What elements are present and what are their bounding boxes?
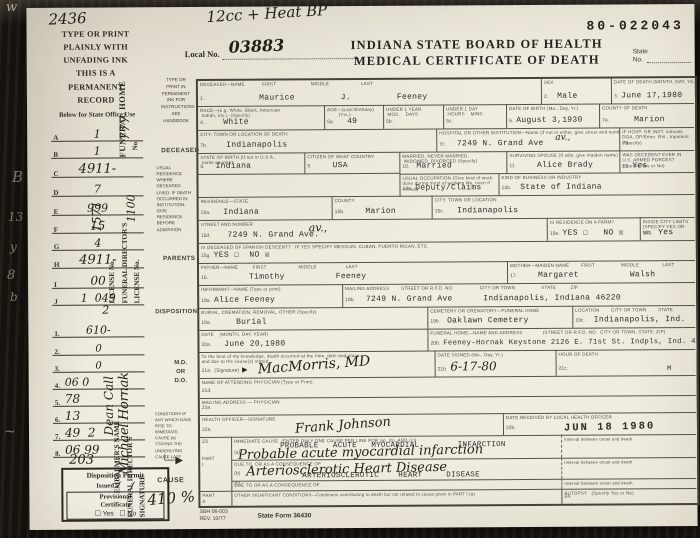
gutter-residence: USUAL RESIDENCE WHERE DECEASED LIVED. IF… — [156, 165, 193, 233]
form-revision: REV. 10/77 — [200, 516, 226, 522]
license-no-label: LICENSE No. — [108, 260, 116, 304]
signature-arrow: ▶ — [242, 367, 247, 374]
field-residence-city: CITY, TOWN OR LOCATION15c.Indianapolis — [432, 194, 695, 219]
field-inside-city-limits: INSIDE CITY LIMITS (SPECIFY YES OR NO)15… — [640, 217, 695, 240]
row-label: 8. — [55, 450, 60, 458]
field-county-of-death: COUNTY OF DEATH7a.Marion — [599, 103, 694, 128]
state-no-line — [647, 62, 691, 63]
field-industry: KIND OF BUSINESS OR INDUSTRY14b.State of… — [498, 172, 694, 195]
certificate-title: INDIANA STATE BOARD OF HEALTH MEDICAL CE… — [327, 36, 627, 69]
hospital-ave-handwritten: av., — [555, 133, 570, 143]
office-row-I: I00 — [52, 272, 144, 289]
row-value: 4911- — [52, 252, 144, 268]
notice-line: TYPE OR PRINT — [57, 27, 135, 41]
state-no-label: StateNo. — [633, 48, 648, 64]
field-autopsy: AUTOPSY (Specify Yes or No)24. — [561, 488, 696, 504]
corner-scribble: w — [6, 0, 17, 15]
fd-license-no-label: LICENSE No. — [133, 259, 141, 303]
state-form-number: State Form 36430 — [257, 512, 311, 519]
field-funeral-home: FUNERAL HOME—NAME AND ADDRESS (STREET OR… — [427, 327, 695, 351]
field-hospital: HOSPITAL OR OTHER INSTITUTION—Name (if n… — [436, 127, 619, 151]
row-label: 4. — [55, 382, 60, 390]
margin-scribble: y — [10, 240, 17, 254]
row-value: 0 — [52, 343, 144, 355]
form-number: SBH 06-003 — [199, 509, 227, 515]
field-date-of-death: DATE OF DEATH (MONTH, DAY, YEAR)3.June 1… — [611, 78, 694, 104]
row-J-secondary: 2 — [102, 304, 109, 317]
margin-scribble: 8 — [7, 268, 15, 283]
margin-scribble: B — [12, 168, 23, 186]
office-row-J: J1 049 — [52, 289, 144, 306]
fd-license-no-handwritten: 1100 — [125, 194, 138, 222]
field-under-1-year: UNDER 1 YEAR MOS. DAYS5b. — [383, 105, 443, 129]
top-handwritten-note: 12cc + Heat BP — [206, 1, 328, 26]
field-street-number: STREET AND NUMBERav.,15d.7249 N. Grand A… — [199, 218, 547, 243]
field-under-1-day: UNDER 1 DAY HOURS MINS.5c. — [443, 104, 506, 128]
field-sex: SEX2.Male — [541, 78, 611, 103]
cause-line-b: DUE TO, OR AS A CONSEQUENCE OFArterioscl… — [231, 458, 561, 481]
certificate-form: DECEASED—NAME FIRST MIDDLE LAST1.Maurice… — [196, 76, 700, 508]
fd-signature-handwritten: Michael Hornak — [117, 372, 133, 474]
notice-line: THIS IS A — [57, 67, 135, 81]
local-no-label: Local No. — [185, 49, 220, 59]
field-other-significant-conditions: OTHER SIGNIFICANT CONDITIONS—Conditions … — [231, 489, 561, 506]
funeral-home-no-label: No. — [131, 140, 139, 150]
row-value: 4911- — [51, 161, 143, 177]
office-row-H: H4911- — [52, 252, 144, 269]
row-value: 610- — [52, 323, 144, 337]
certificate-sheet: 2436 TYPE OR PRINT PLAINLY WITH UNFADING… — [26, 4, 697, 530]
row-label: 6. — [55, 416, 60, 424]
row-value: 00 — [52, 273, 144, 288]
gutter-cause: CAUSE — [157, 477, 184, 484]
gutter-md-do: M.D. OR D.O. — [170, 359, 192, 386]
field-city-of-death: CITY, TOWN OR LOCATION OF DEATH7b.Indian… — [198, 129, 436, 153]
gutter-disposition: DISPOSITION — [155, 309, 197, 315]
field-occupation: USUAL OCCUPATION (Give kind of work done… — [399, 173, 498, 196]
margin-scribble: 13 — [8, 210, 23, 224]
field-surviving-spouse: SURVIVING SPOUSE (If wife, give maiden n… — [506, 150, 619, 173]
office-row-1: 1.610- — [52, 321, 144, 338]
row-value: 1 049 — [52, 291, 144, 305]
funeral-directors-label: FUNERAL DIRECTOR'S — [121, 223, 129, 304]
cause-b-interval: Interval between onset and death — [561, 457, 696, 479]
cause-a-handwritten: Probable acute myocardial infarction — [238, 442, 483, 460]
notice-line: UNFADING INK — [57, 54, 135, 68]
certificate-number-stamp: 80-022043 — [586, 18, 683, 34]
field-race: RACE—(e.g. White, Black, American Indian… — [198, 105, 324, 130]
gutter-parents: PARENTS — [163, 255, 195, 262]
notice-line: PLAINLY WITH — [57, 41, 135, 55]
office-row-B: B1 — [51, 142, 143, 159]
field-informant: INFORMANT—NAME (Type or print)18a.Alice … — [199, 284, 342, 308]
row5-open-area — [198, 174, 399, 197]
yes-checkbox: ☐ Yes — [95, 511, 114, 518]
field-residence-state: RESIDENCE—STATE15a.Indiana — [199, 196, 332, 220]
field-marital-status: MARRIED, NEVER MARRIED, WIDOWED, DIVORCE… — [399, 151, 506, 174]
health-officer-signature-handwritten: Frank Johnson — [295, 414, 392, 436]
field-date-received: DATE RECEIVED BY LOCAL HEALTH OFFICER22b… — [503, 412, 696, 435]
field-residence-farm: IS RESIDENCE ON A FARM?15e.YES ☐ NO ☒ — [547, 217, 640, 241]
field-hospital-type: IF HOSP. OR INST. indicate DOA, OP/Emer.… — [619, 127, 694, 150]
field-age: AGE—(Last Birthday) (Yrs.)5a.49 — [324, 105, 383, 129]
form-number-block: SBH 06-003REV. 10/77 — [199, 509, 227, 523]
row-label: 5. — [55, 399, 60, 407]
field-father-name: FATHER—NAME FIRST MIDDLE LAST16.Timothy … — [199, 261, 507, 285]
office-row-3: 3.0 — [53, 356, 145, 373]
office-total: 203 — [69, 453, 94, 468]
field-mother-name: MOTHER—MAIDEN NAME FIRST MIDDLE LAST17.M… — [507, 260, 695, 283]
field-hour-of-death: HOUR OF DEATH21c.M — [556, 349, 696, 376]
funeral-home-no-handwritten: 777 — [118, 116, 133, 141]
case-number-handwritten: 2436 — [48, 9, 87, 29]
cause-number-column: 23PART I — [200, 437, 231, 491]
field-disposition-date: DATE (MONTH, DAY, YEAR)20a.June 20,1980 — [199, 329, 427, 352]
field-health-officer-signature: HEALTH OFFICER—SIGNATUREFrank Johnson22a… — [200, 413, 503, 437]
field-residence-county: COUNTY15b.Marion — [332, 196, 432, 220]
field-cemetery-location: LOCATION CITY OR TOWN STATE19c.Indianapo… — [572, 305, 695, 328]
license-no-handwritten: 1571 — [90, 201, 104, 232]
office-row-G: G4 — [52, 234, 144, 251]
fd-signature-label-2: SIGNATURE — [138, 475, 146, 517]
field-deceased-name: DECEASED—NAME FIRST MIDDLE LAST1.Maurice… — [198, 79, 541, 106]
field-date-of-birth: DATE OF BIRTH (Mo., Day, Yr.)6.August 3,… — [506, 104, 599, 129]
cause-line-a: IMMEDIATE CAUSE (ENTER ONLY ONE CAUSE PE… — [231, 435, 561, 460]
gutter-instructions: TYPE OR PRINT IN PERMANENT INK FOR INSTR… — [161, 77, 191, 124]
row-value: 4 — [52, 236, 144, 250]
embalmer-name-handwritten: Dean Call — [102, 376, 116, 436]
title-line-1: INDIANA STATE BOARD OF HEALTH — [327, 36, 627, 53]
office-row-2: 2.0 — [52, 339, 144, 356]
margin-scribble: b — [10, 290, 18, 304]
row-value: 1 — [51, 144, 143, 158]
field-armed-forces: WAS DECEDENT EVER IN U.S. ARMED FORCES? … — [619, 150, 694, 172]
field-burial-type: BURIAL, CREMATION, REMOVAL, OTHER (Speci… — [199, 307, 427, 330]
hour-meridiem: M — [667, 365, 672, 373]
received-date-stamp: JUN 18 1980 — [564, 420, 656, 434]
field-informant-address: MAILING ADDRESS STREET OR R.F.D. NO. CIT… — [342, 282, 695, 307]
field-certifier-signature: To the best of my knowledge, death occur… — [200, 351, 435, 378]
field-state-of-birth: STATE OF BIRTH (If not in U.S.A., name c… — [198, 152, 304, 175]
field-cemetery: CEMETERY OR CREMATORY—FUNERAL HOME19b.Oa… — [427, 306, 572, 329]
local-no-handwritten: 03883 — [228, 36, 284, 57]
office-row-C: C4911- — [51, 161, 143, 178]
cause-code-handwritten: 410 % — [147, 487, 196, 509]
margin-scribble: ~ — [4, 424, 16, 440]
gutter-conditions: CONDITIONS IF ANY WHICH GAVE RISE TO IMM… — [155, 411, 193, 460]
cause-a-interval: Interval between onset and death — [561, 434, 696, 458]
state-office-panel: 2436 TYPE OR PRINT PLAINLY WITH UNFADING… — [26, 4, 694, 8]
row-label: 7. — [55, 433, 60, 441]
field-citizen: CITIZEN OF WHAT COUNTRY9.USA — [304, 152, 399, 175]
gutter-arrow: └─▶ — [161, 455, 183, 466]
row-value: 0 — [53, 360, 145, 372]
gutter-deceased: DECEASED — [161, 147, 199, 154]
part2-label-column: PART II — [200, 491, 231, 506]
scanned-death-certificate: { "scan": { "corner_mark": "w", "margin_… — [0, 0, 700, 538]
title-line-2: MEDICAL CERTIFICATE OF DEATH — [327, 52, 627, 69]
field-date-signed: DATE SIGNED (Mo., Day, Yr.)21b.6-17-80 — [435, 350, 556, 377]
